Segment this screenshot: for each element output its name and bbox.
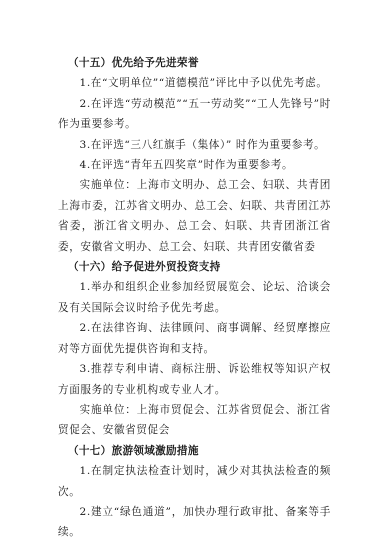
paragraph: 2.在法律咨询、法律顾问、商事调解、经贸摩擦应对等方面优先提供咨询和支持。 xyxy=(58,318,331,359)
implementing-units: 实施单位：上海市文明办、总工会、妇联、共青团上海市委，江苏省文明办、总工会、妇联… xyxy=(58,175,331,257)
paragraph: 3.在评选“三八红旗手（集体）” 时作为重要参考。 xyxy=(58,135,331,155)
document-page: （十五）优先给予先进荣誉 1.在“文明单位”“道德模范”评比中予以优先考虑。 2… xyxy=(58,53,331,543)
paragraph: 4.在评选“青年五四奖章”时作为重要参考。 xyxy=(58,155,331,175)
paragraph: 2.建立“绿色通道”，加快办理行政审批、备案等手续。 xyxy=(58,502,331,543)
implementing-units: 实施单位：上海市贸促会、江苏省贸促会、浙江省贸促会、安徽省贸促会 xyxy=(58,400,331,441)
section-heading-16: （十六）给予促进外贸投资支持 xyxy=(58,257,331,277)
paragraph: 3.推荐专利申请、商标注册、诉讼维权等知识产权方面服务的专业机构或专业人才。 xyxy=(58,359,331,400)
paragraph: 1.举办和组织企业参加经贸展览会、论坛、洽谈会及有关国际会议时给予优先考虑。 xyxy=(58,277,331,318)
paragraph: 1.在“文明单位”“道德模范”评比中予以优先考虑。 xyxy=(58,73,331,93)
section-heading-15: （十五）优先给予先进荣誉 xyxy=(58,53,331,73)
section-heading-17: （十七）旅游领域激励措施 xyxy=(58,441,331,461)
paragraph: 2.在评选“劳动模范”“五一劳动奖”“工人先锋号”时作为重要参考。 xyxy=(58,94,331,135)
paragraph: 1.在制定执法检查计划时，减少对其执法检查的频次。 xyxy=(58,461,331,502)
